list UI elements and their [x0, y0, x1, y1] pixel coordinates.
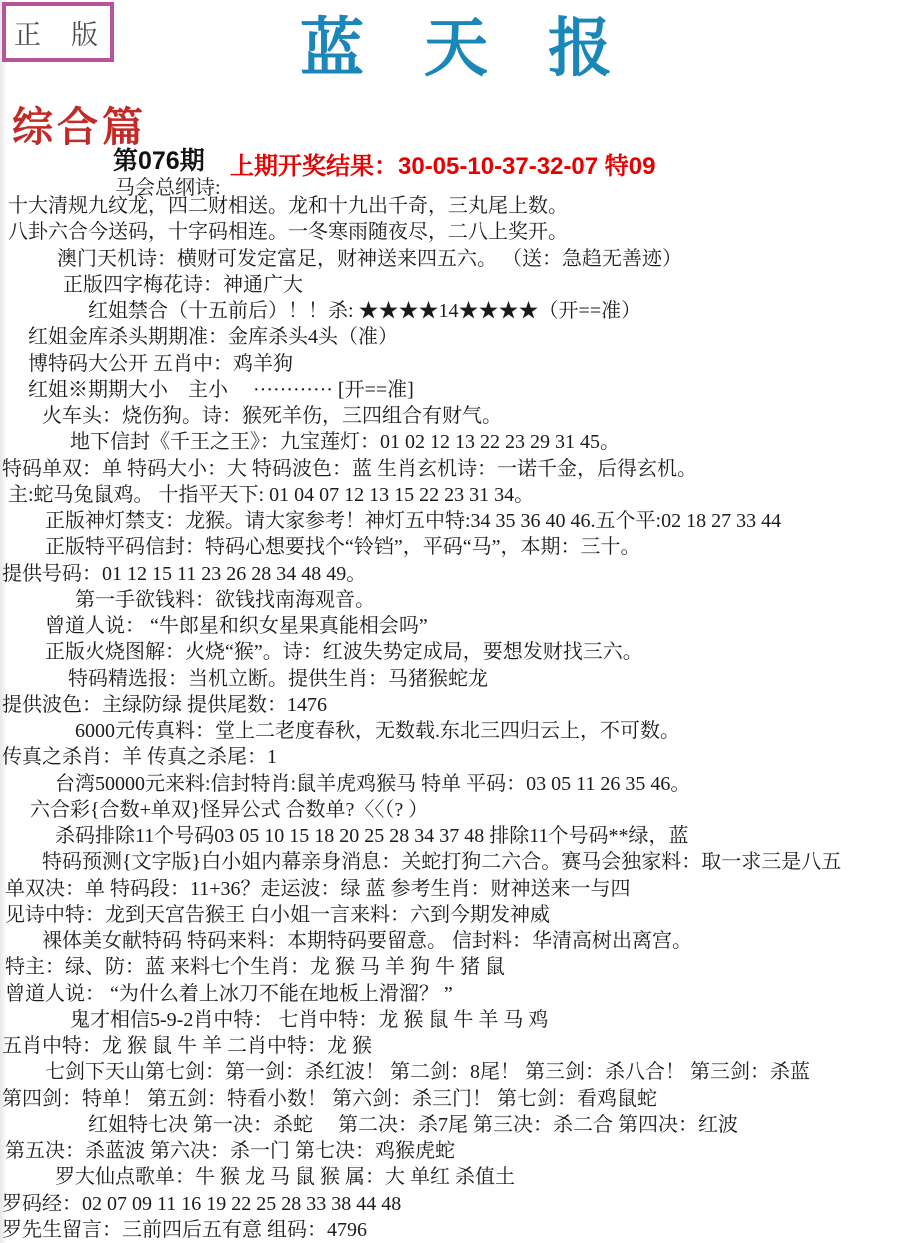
text-line: 五肖中特：龙 猴 鼠 牛 羊 二肖中特：龙 猴 — [0, 1033, 900, 1059]
text-line: 第五决：杀蓝波 第六决：杀一门 第七决：鸡猴虎蛇 — [0, 1138, 900, 1164]
text-line: 见诗中特：龙到天宫告猴王 白小姐一言来料：六到今期发神威 — [0, 902, 900, 928]
text-line: 罗码经：02 07 09 11 16 19 22 25 28 33 38 44 … — [0, 1191, 900, 1217]
edition-badge: 正版 — [2, 2, 114, 62]
text-line: 曾道人说： “牛郎星和织女星果真能相会吗” — [0, 613, 900, 639]
text-line: 红姐金库杀头期期准：金库杀头4头（准） — [0, 324, 900, 350]
text-line: 单双决：单 特码段：11+36？走运波：绿 蓝 参考生肖：财神送来一与四 — [0, 876, 900, 902]
text-line: 传真之杀肖：羊 传真之杀尾：1 — [0, 744, 900, 770]
text-line: 台湾50000元来料:信封特肖:鼠羊虎鸡猴马 特单 平码：03 05 11 26… — [0, 771, 900, 797]
text-line: 裸体美女献特码 特码来料：本期特码要留意。 信封料：华清高树出离宫。 — [0, 928, 900, 954]
text-line: 特主：绿、防：蓝 来料七个生肖：龙 猴 马 羊 狗 牛 猪 鼠 — [0, 954, 900, 980]
text-line: 杀码排除11个号码03 05 10 15 18 20 25 28 34 37 4… — [0, 823, 900, 849]
text-line: 红姐※期期大小 主小 ············ [开==准] — [0, 377, 900, 403]
text-line: 地下信封《千王之王》：九宝莲灯：01 02 12 13 22 23 29 31 … — [0, 429, 900, 455]
text-line: 十大清规九纹龙，四二财相送。龙和十九出千奇，三丸尾上数。 — [0, 193, 900, 219]
text-line: 红姐特七决 第一决：杀蛇 第二决：杀7尾 第三决：杀二合 第四决：红波 — [0, 1112, 900, 1138]
last-draw-result: 上期开奖结果：30-05-10-37-32-07 特09 — [230, 146, 656, 181]
text-line: 特码精选报：当机立断。提供生肖：马猪猴蛇龙 — [0, 666, 900, 692]
text-line: 正版特平码信封：特码心想要找个“铃铛”，平码“马”，本期：三十。 — [0, 534, 900, 560]
edition-label: 正版 — [0, 13, 128, 52]
text-line: 八卦六合今送码，十字码相连。一冬寒雨随夜尽，二八上奖开。 — [0, 219, 900, 245]
text-line: 鬼才相信5-9-2肖中特： 七肖中特：龙 猴 鼠 牛 羊 马 鸡 — [0, 1007, 900, 1033]
text-line: 第四剑：特单！ 第五剑：特看小数！ 第六剑：杀三门！ 第七剑：看鸡鼠蛇 — [0, 1086, 900, 1112]
text-line: 正版四字梅花诗：神通广大 — [0, 272, 900, 298]
text-line: 红姐禁合（十五前后）！！杀: ★★★★14★★★★（开==准） — [0, 298, 900, 324]
text-line: 特码预测{文字版}白小姐内幕亲身消息：关蛇打狗二六合。赛马会独家料：取一求三是八… — [0, 849, 900, 875]
page-title: 蓝天报 — [300, 6, 900, 92]
text-line: 澳门天机诗：横财可发定富足，财神送来四五六。 （送：急趋无善迹） — [0, 246, 900, 272]
text-line: 曾道人说： “为什么着上冰刀不能在地板上滑溜？ ” — [0, 981, 900, 1007]
text-line: 特码单双：单 特码大小：大 特码波色：蓝 生肖玄机诗：一诺千金，后得玄机。 — [0, 456, 900, 482]
content-lines: 十大清规九纹龙，四二财相送。龙和十九出千奇，三丸尾上数。八卦六合今送码，十字码相… — [0, 193, 900, 1243]
text-line: 正版神灯禁支：龙猴。请大家参考！神灯五中特:34 35 36 40 46.五个平… — [0, 508, 900, 534]
text-line: 6000元传真料：堂上二老度春秋，无数载.东北三四归云上，不可数。 — [0, 718, 900, 744]
text-line: 博特码大公开 五肖中：鸡羊狗 — [0, 351, 900, 377]
text-line: 正版火烧图解：火烧“猴”。诗：红波失势定成局，要想发财找三六。 — [0, 639, 900, 665]
text-line: 第一手欲钱料：欲钱找南海观音。 — [0, 587, 900, 613]
text-line: 罗大仙点歌单：牛 猴 龙 马 鼠 猴 属：大 单红 杀值土 — [0, 1164, 900, 1190]
newspaper-page: 正版 蓝天报 综合篇 第076期 上期开奖结果：30-05-10-37-32-0… — [0, 0, 900, 1243]
text-line: 罗先生留言：三前四后五有意 组码：4796 — [0, 1217, 900, 1243]
text-line: 主:蛇马兔鼠鸡。 十指平天下: 01 04 07 12 13 15 22 23 … — [0, 482, 900, 508]
text-line: 火车头：烧伤狗。诗：猴死羊伤，三四组合有财气。 — [0, 403, 900, 429]
text-line: 七剑下天山第七剑：第一剑：杀红波！ 第二剑：8尾！ 第三剑：杀八合！ 第三剑：杀… — [0, 1059, 900, 1085]
text-line: 六合彩{合数+单双}怪异公式 合数单?〈〈（? ） — [0, 797, 900, 823]
text-line: 提供号码：01 12 15 11 23 26 28 34 48 49。 — [0, 561, 900, 587]
text-line: 提供波色：主绿防绿 提供尾数：1476 — [0, 692, 900, 718]
